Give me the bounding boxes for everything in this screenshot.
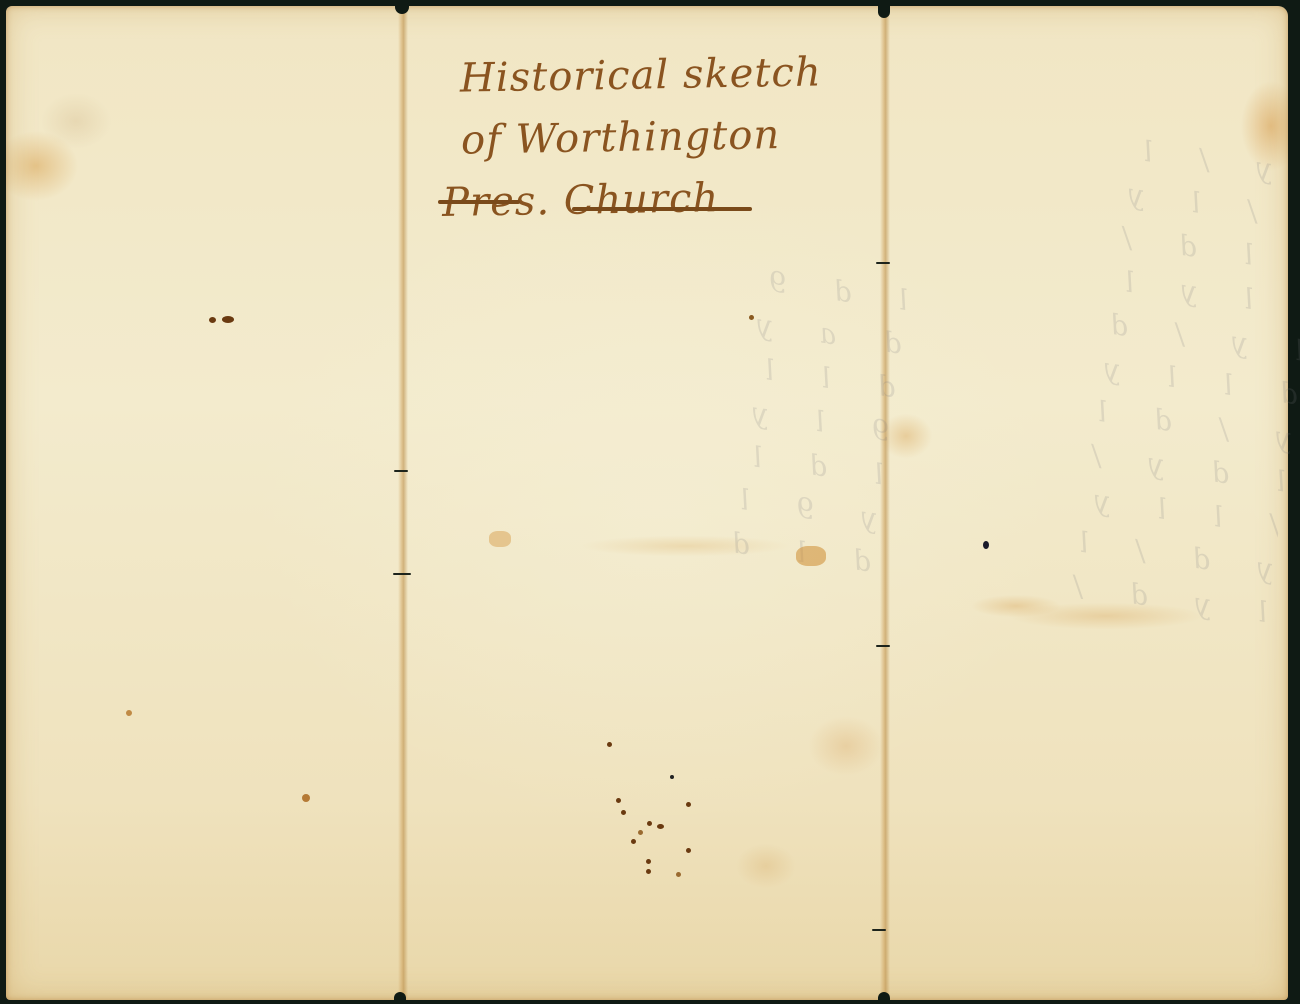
paper-edge-notch xyxy=(878,992,890,1004)
stain-spot xyxy=(796,546,826,566)
fold-tear-mark xyxy=(876,645,890,647)
title-underline-long xyxy=(572,207,752,211)
ink-spot xyxy=(631,839,636,844)
ink-spot xyxy=(638,830,643,835)
paper-sheet: l d 9 d a y d l l 9 l y l d l y 9 l d l … xyxy=(6,6,1288,1000)
fold-line-left xyxy=(398,6,408,1000)
ink-spot xyxy=(607,742,612,747)
ink-spot xyxy=(621,810,626,815)
ink-spot xyxy=(209,317,216,323)
fold-tear-mark xyxy=(394,470,408,472)
stain-spot xyxy=(489,531,511,547)
fold-line-right xyxy=(880,6,890,1000)
ink-spot xyxy=(686,848,691,853)
ink-spot xyxy=(676,872,681,877)
ink-spot xyxy=(670,775,674,779)
ink-spot xyxy=(749,315,754,320)
ink-spot xyxy=(222,316,234,323)
ink-spot xyxy=(983,541,989,549)
paper-edge-notch xyxy=(395,0,409,14)
title-line-historical-sketch: Historical sketch xyxy=(459,40,880,109)
scanned-document: l d 9 d a y d l l 9 l y l d l y 9 l d l … xyxy=(0,0,1300,1004)
paper-edge-notch xyxy=(878,0,890,18)
ink-spot xyxy=(686,802,691,807)
title-line-of-worthington: of Worthington xyxy=(460,102,881,171)
fold-tear-mark xyxy=(876,262,890,264)
stain-spot xyxy=(126,710,132,716)
title-underline-short xyxy=(438,200,520,204)
ink-spot xyxy=(616,798,621,803)
handwritten-title: Historical sketch of Worthington Pres. C… xyxy=(459,40,882,233)
ink-spot xyxy=(646,859,651,864)
fold-tear-mark xyxy=(393,573,411,575)
stain-spot xyxy=(302,794,310,802)
ink-spot xyxy=(647,821,652,826)
bleed-through-writing-right: l y / l d / l y y l d / / l y l l y / d … xyxy=(851,104,1300,968)
paper-edge-notch xyxy=(394,992,406,1004)
bleed-through-writing-center: l d 9 d a y d l l 9 l y l d l y 9 l d l … xyxy=(541,238,910,795)
ink-spot xyxy=(646,869,651,874)
fold-tear-mark xyxy=(872,929,886,931)
ink-spot xyxy=(657,824,664,829)
